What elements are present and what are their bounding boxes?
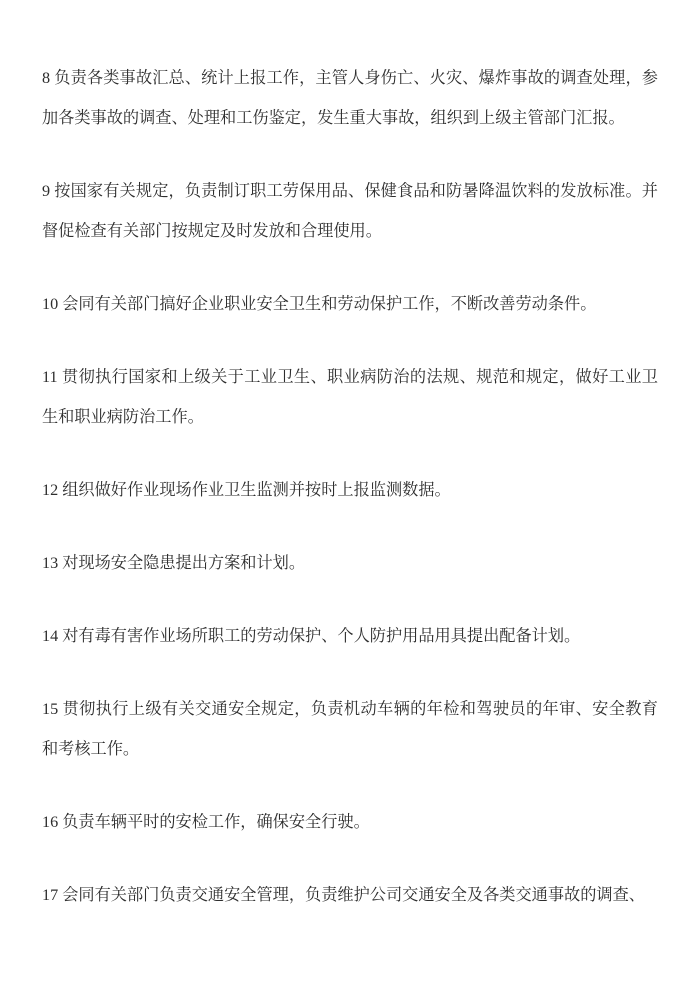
- document-page: 8 负责各类事故汇总、统计上报工作，主管人身伤亡、火灾、爆炸事故的调查处理，参加…: [0, 0, 700, 990]
- paragraph-item-11: 11 贯彻执行国家和上级关于工业卫生、职业病防治的法规、规范和规定，做好工业卫生…: [42, 357, 658, 437]
- paragraph-item-17: 17 会同有关部门负责交通安全管理，负责维护公司交通安全及各类交通事故的调查、: [42, 875, 658, 915]
- paragraph-item-9: 9 按国家有关规定，负责制订职工劳保用品、保健食品和防暑降温饮料的发放标准。并督…: [42, 171, 658, 251]
- paragraph-item-15: 15 贯彻执行上级有关交通安全规定，负责机动车辆的年检和驾驶员的年审、安全教育和…: [42, 689, 658, 769]
- paragraph-item-12: 12 组织做好作业现场作业卫生监测并按时上报监测数据。: [42, 470, 658, 510]
- paragraph-item-8: 8 负责各类事故汇总、统计上报工作，主管人身伤亡、火灾、爆炸事故的调查处理，参加…: [42, 58, 658, 138]
- paragraph-item-16: 16 负责车辆平时的安检工作，确保安全行驶。: [42, 802, 658, 842]
- paragraph-item-10: 10 会同有关部门搞好企业职业安全卫生和劳动保护工作，不断改善劳动条件。: [42, 284, 658, 324]
- paragraph-item-13: 13 对现场安全隐患提出方案和计划。: [42, 543, 658, 583]
- paragraph-item-14: 14 对有毒有害作业场所职工的劳动保护、个人防护用品用具提出配备计划。: [42, 616, 658, 656]
